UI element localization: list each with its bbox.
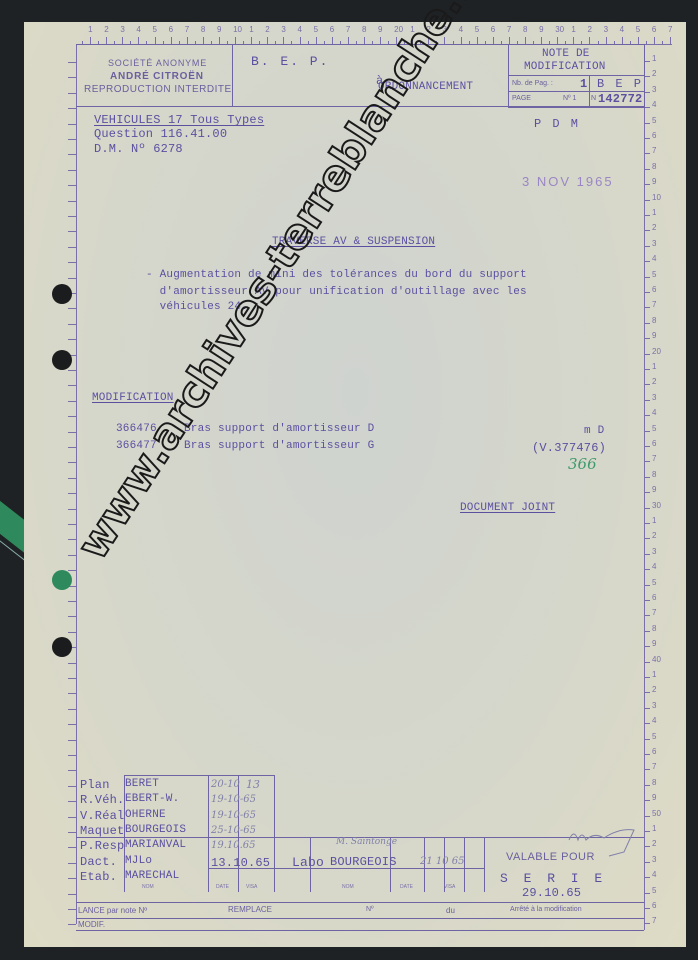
ruler-label: 7: [652, 916, 656, 925]
ruler-label: 2: [265, 25, 269, 34]
ruler-tick: [644, 461, 650, 462]
ruler-tick: [90, 37, 91, 44]
ruler-tick: [68, 478, 76, 479]
ruler-tick: [644, 615, 650, 616]
ruler-tick: [644, 354, 650, 355]
ruler-tick: [316, 37, 317, 44]
left-margin-rule: [76, 44, 77, 924]
labo-date: 21 10 65: [420, 856, 465, 867]
ruler-label: 8: [652, 316, 656, 325]
ruler-tick: [622, 37, 623, 44]
signature-name: MJLo: [125, 855, 152, 867]
ruler-tick: [68, 139, 76, 140]
ruler-tick: [477, 37, 478, 44]
ruler-tick: [644, 723, 650, 724]
ruler-label: 3: [652, 239, 656, 248]
labo-note: M. Saintonge: [336, 837, 397, 847]
ruler-tick: [573, 37, 574, 44]
header-divider: [232, 44, 233, 106]
ruler-tick: [68, 847, 76, 848]
ruler-tick: [644, 169, 650, 170]
ruler-label: 7: [668, 25, 672, 34]
signature-name: BOURGEOIS: [125, 824, 186, 836]
ruler-tick: [644, 785, 650, 786]
ruler-tick: [644, 739, 650, 740]
part-label: Bras support d'amortisseur D: [184, 423, 374, 435]
ruler-tick: [644, 646, 650, 647]
note-number-prefix: N: [591, 95, 596, 102]
ruler-tick: [644, 538, 650, 539]
column-label: NOM: [142, 884, 154, 890]
ruler-tick: [644, 877, 650, 878]
ruler-tick: [68, 755, 76, 756]
ruler-tick: [644, 923, 650, 924]
ruler-label: 7: [652, 300, 656, 309]
ruler-tick: [68, 462, 76, 463]
ruler-label: 6: [169, 25, 173, 34]
ruler-tick: [644, 908, 650, 909]
ruler-label: 1: [652, 362, 656, 371]
ruler-tick: [644, 307, 650, 308]
ruler-tick: [68, 324, 76, 325]
top-ruler: 1234567891012345678920123456789301234567: [76, 22, 672, 45]
ruler-tick: [644, 769, 650, 770]
ruler-tick: [68, 216, 76, 217]
note-title-2: MODIFICATION: [524, 61, 606, 73]
ruler-tick: [461, 37, 462, 44]
ruler-tick: [68, 201, 76, 202]
ruler-tick: [203, 37, 204, 44]
signature-date: 19.10.65: [211, 840, 256, 851]
ruler-label: 30: [652, 501, 661, 510]
ruler-tick: [68, 247, 76, 248]
ruler-label: 3: [652, 701, 656, 710]
ruler-label: 1: [571, 25, 575, 34]
ruler-tick: [68, 863, 76, 864]
ruler-tick: [68, 416, 76, 417]
ruler-label: 4: [652, 716, 656, 725]
ruler-label: 6: [491, 25, 495, 34]
ruler-label: 7: [652, 762, 656, 771]
ruler-label: 9: [652, 793, 656, 802]
ruler-tick: [557, 37, 558, 44]
ruler-tick: [68, 709, 76, 710]
ruler-tick: [68, 447, 76, 448]
ruler-tick: [606, 37, 607, 44]
ruler-label: 6: [652, 901, 656, 910]
ruler-tick: [187, 37, 188, 44]
ruler-label: 7: [652, 608, 656, 617]
ruler-label: 4: [652, 254, 656, 263]
ruler-label: 7: [652, 454, 656, 463]
ruler-label: 5: [153, 25, 157, 34]
ruler-label: 2: [652, 69, 656, 78]
ruler-tick: [68, 339, 76, 340]
ruler-tick: [644, 692, 650, 693]
punch-hole: [52, 350, 72, 370]
ruler-tick: [68, 678, 76, 679]
ruler-label: 9: [652, 639, 656, 648]
ruler-tick: [68, 924, 76, 925]
ruler-tick: [68, 385, 76, 386]
ruler-tick: [644, 662, 650, 663]
ruler-label: 1: [652, 208, 656, 217]
ruler-tick: [644, 153, 650, 154]
ruler-label: 6: [652, 285, 656, 294]
ruler-label: 2: [652, 223, 656, 232]
ruler-tick: [644, 138, 650, 139]
ruler-tick: [644, 523, 650, 524]
ruler-label: 1: [652, 54, 656, 63]
date-received-stamp: 3 NOV 1965: [522, 174, 614, 189]
ruler-tick: [106, 37, 107, 44]
ruler-label: 1: [249, 25, 253, 34]
ruler-tick: [541, 37, 542, 44]
ruler-tick: [68, 570, 76, 571]
ruler-label: 2: [652, 377, 656, 386]
ruler-label: 5: [652, 424, 656, 433]
ruler-label: 8: [523, 25, 527, 34]
signature-date: 20-10: [211, 779, 240, 790]
ruler-label: 5: [652, 732, 656, 741]
ruler-label: 5: [636, 25, 640, 34]
ruler-tick: [646, 41, 647, 44]
signature-role: Maquet: [80, 824, 124, 838]
ruler-tick: [68, 154, 76, 155]
ruler-tick: [348, 37, 349, 44]
footer-line: [76, 902, 644, 903]
ruler-tick: [68, 93, 76, 94]
ruler-label: 4: [298, 25, 302, 34]
nb-pages-value: 1: [580, 77, 587, 91]
ruler-label: 5: [652, 270, 656, 279]
company-name: ANDRÉ CITROËN: [110, 71, 204, 82]
ruler-label: 1: [88, 25, 92, 34]
ruler-label: 5: [652, 116, 656, 125]
ruler-tick: [235, 37, 236, 44]
ruler-label: 6: [652, 25, 656, 34]
labo-role: Labo: [292, 855, 324, 870]
ruler-tick: [644, 184, 650, 185]
ruler-tick: [644, 123, 650, 124]
ruler-label: 6: [652, 747, 656, 756]
description-line: d'amortisseur AV pour unification d'outi…: [146, 286, 527, 298]
ruler-tick: [509, 37, 510, 44]
ruler-label: 30: [555, 25, 564, 34]
ruler-label: 8: [652, 470, 656, 479]
ruler-tick: [68, 878, 76, 879]
validity-series: S E R I E: [500, 871, 606, 886]
ruler-tick: [68, 278, 76, 279]
ruler-tick: [644, 554, 650, 555]
handwritten-correction: 366: [568, 455, 597, 473]
ruler-tick: [68, 370, 76, 371]
ruler-label: 6: [652, 593, 656, 602]
ruler-tick: [68, 108, 76, 109]
ruler-tick: [332, 37, 333, 44]
ruler-tick: [644, 261, 650, 262]
signature-date: 13.10.65: [211, 856, 270, 870]
ruler-label: 2: [652, 685, 656, 694]
ruler-tick: [68, 231, 76, 232]
ruler-tick: [644, 369, 650, 370]
ruler-label: 5: [652, 886, 656, 895]
ruler-tick: [644, 230, 650, 231]
dm-line: D.M. Nº 6278: [94, 142, 183, 156]
ruler-tick: [68, 62, 76, 63]
ruler-tick: [171, 37, 172, 44]
ruler-tick: [138, 37, 139, 44]
ruler-tick: [219, 37, 220, 44]
ruler-tick: [644, 816, 650, 817]
ruler-tick: [644, 200, 650, 201]
ruler-label: 6: [330, 25, 334, 34]
side-note: m D: [584, 425, 604, 437]
ruler-label: 9: [652, 485, 656, 494]
signature-name: MARECHAL: [125, 870, 179, 882]
company-line-3: REPRODUCTION INTERDITE: [84, 84, 232, 95]
ruler-label: 2: [104, 25, 108, 34]
ruler-tick: [68, 401, 76, 402]
ruler-tick: [68, 832, 76, 833]
ruler-label: 3: [604, 25, 608, 34]
ruler-label: 9: [217, 25, 221, 34]
right-ruler: [644, 44, 645, 930]
ruler-tick: [662, 41, 663, 44]
ruler-tick: [68, 740, 76, 741]
punch-hole: [52, 570, 72, 590]
ruler-label: 8: [362, 25, 366, 34]
page-label: PAGE: [512, 95, 531, 102]
table-line: [124, 775, 274, 776]
ruler-tick: [68, 77, 76, 78]
footer-arrete: Arrêté à la modification: [510, 906, 582, 913]
ruler-tick: [68, 308, 76, 309]
table-divider: [484, 837, 485, 892]
ruler-label: 3: [281, 25, 285, 34]
footer-line: [76, 918, 644, 919]
ruler-tick: [68, 724, 76, 725]
description-line: - Augmentation de mini des tolérances du…: [146, 269, 527, 281]
footer-line: [76, 930, 644, 931]
ruler-tick: [68, 632, 76, 633]
ruler-label: 10: [233, 25, 242, 34]
ruler-label: 6: [652, 131, 656, 140]
ruler-tick: [644, 477, 650, 478]
ruler-label: 3: [652, 393, 656, 402]
ruler-label: 5: [652, 578, 656, 587]
part-label: Bras support d'amortisseur G: [184, 440, 374, 452]
ruler-tick: [122, 37, 123, 44]
ruler-tick: [644, 800, 650, 801]
note-box-line: [508, 75, 644, 76]
ruler-tick: [525, 37, 526, 44]
signature-role: Etab.: [80, 870, 117, 884]
ruler-tick: [68, 262, 76, 263]
ruler-tick: [644, 585, 650, 586]
ruler-label: 5: [314, 25, 318, 34]
service-code: B E P: [597, 77, 643, 91]
ruler-tick: [644, 277, 650, 278]
ruler-label: 3: [652, 547, 656, 556]
ruler-tick: [644, 292, 650, 293]
document-page: 1234567891012345678920123456789301234567…: [24, 22, 686, 947]
ruler-tick: [638, 37, 639, 44]
from-department: B. E. P.: [251, 54, 329, 69]
ruler-tick: [644, 338, 650, 339]
ruler-label: 4: [652, 562, 656, 571]
signature-date: 19-10-65: [211, 810, 256, 821]
ruler-label: 3: [120, 25, 124, 34]
column-label: DATE: [400, 884, 413, 890]
ruler-label: 1: [652, 670, 656, 679]
ruler-label: 1: [652, 516, 656, 525]
ruler-label: 4: [620, 25, 624, 34]
note-number: 142772: [598, 92, 642, 106]
ruler-tick: [68, 616, 76, 617]
ruler-tick: [644, 246, 650, 247]
ruler-tick: [644, 215, 650, 216]
ruler-label: 4: [136, 25, 140, 34]
ruler-tick: [644, 569, 650, 570]
ruler-tick: [283, 37, 284, 44]
signature-name: EBERT-W.: [125, 793, 179, 805]
column-label: VISA: [444, 884, 455, 890]
signature-name: BERET: [125, 778, 159, 790]
footer-lance: LANCE par note Nº: [78, 906, 147, 915]
ruler-label: 20: [652, 347, 661, 356]
ruler-tick: [644, 415, 650, 416]
signature-visa: 13: [246, 778, 260, 791]
ruler-label: 9: [378, 25, 382, 34]
ruler-label: 6: [652, 439, 656, 448]
ruler-tick: [155, 37, 156, 44]
ruler-tick: [68, 555, 76, 556]
ruler-label: 8: [652, 624, 656, 633]
page-number: Nº 1: [563, 95, 576, 102]
ruler-label: 4: [652, 870, 656, 879]
validity-date: 29.10.65: [522, 886, 581, 900]
ruler-label: 50: [652, 809, 661, 818]
signature-role: Dact.: [80, 855, 117, 869]
ruler-tick: [68, 170, 76, 171]
attachment-label: DOCUMENT JOINT: [460, 502, 555, 514]
ruler-tick: [644, 446, 650, 447]
signature-role: Plan: [80, 778, 110, 792]
ruler-label: 7: [185, 25, 189, 34]
ruler-label: 4: [652, 100, 656, 109]
vehicles-line: VEHICULES 17 Tous Types: [94, 113, 264, 127]
ruler-tick: [68, 786, 76, 787]
ruler-tick: [68, 770, 76, 771]
ruler-label: 7: [346, 25, 350, 34]
ruler-tick: [68, 817, 76, 818]
ruler-label: 40: [652, 655, 661, 664]
ruler-tick: [68, 601, 76, 602]
footer-remplace: REMPLACE: [228, 905, 272, 914]
ruler-tick: [300, 37, 301, 44]
table-divider: [208, 775, 209, 892]
ruler-label: 10: [652, 193, 661, 202]
ruler-tick: [68, 185, 76, 186]
ruler-tick: [644, 508, 650, 509]
ruler-label: 8: [652, 162, 656, 171]
ruler-tick: [654, 37, 655, 44]
ruler-tick: [251, 37, 252, 44]
question-line: Question 116.41.00: [94, 127, 227, 141]
ruler-tick: [589, 37, 590, 44]
signature-date: 19-10-65: [211, 794, 256, 805]
ruler-label: 9: [539, 25, 543, 34]
ruler-tick: [644, 600, 650, 601]
column-label: VISA: [246, 884, 257, 890]
ruler-label: 4: [652, 408, 656, 417]
ruler-tick: [68, 663, 76, 664]
pdm-label: P D M: [534, 117, 580, 131]
ruler-label: 7: [652, 146, 656, 155]
ruler-label: 2: [652, 531, 656, 540]
ruler-tick: [68, 909, 76, 910]
ruler-label: 5: [475, 25, 479, 34]
ruler-tick: [644, 431, 650, 432]
ruler-tick: [644, 323, 650, 324]
side-note-reference: (V.377476): [532, 441, 606, 455]
ruler-tick: [644, 384, 650, 385]
ruler-label: 7: [507, 25, 511, 34]
signature-role: R.Véh.: [80, 793, 124, 807]
handwritten-signature: [564, 822, 654, 862]
signature-date: 25-10-65: [211, 825, 256, 836]
ruler-tick: [644, 677, 650, 678]
signature-name: MARIANVAL: [125, 839, 186, 851]
ruler-tick: [68, 432, 76, 433]
signature-role: V.Réal: [80, 809, 124, 823]
ruler-tick: [670, 37, 671, 44]
ruler-tick: [364, 37, 365, 44]
ruler-label: 3: [652, 85, 656, 94]
footer-du: du: [446, 906, 455, 915]
ruler-tick: [68, 801, 76, 802]
note-title-1: NOTE DE: [542, 48, 590, 60]
company-line-1: SOCIÉTÉ ANONYME: [108, 58, 207, 68]
table-divider: [274, 775, 275, 892]
signature-role: P.Resp: [80, 839, 124, 853]
signature-name: OHERNE: [125, 809, 166, 821]
ruler-tick: [644, 708, 650, 709]
ruler-tick: [644, 400, 650, 401]
ruler-tick: [68, 509, 76, 510]
ruler-tick: [644, 492, 650, 493]
punch-hole: [52, 637, 72, 657]
nb-pages-label: Nb. de Pag. :: [512, 80, 553, 87]
labo-name: BOURGEOIS: [330, 855, 397, 869]
ruler-label: 8: [652, 778, 656, 787]
footer-modif: MODIF.: [78, 920, 105, 929]
ruler-tick: [267, 37, 268, 44]
ruler-label: 9: [652, 177, 656, 186]
ruler-tick: [380, 37, 381, 44]
punch-hole: [52, 284, 72, 304]
ruler-tick: [644, 893, 650, 894]
ruler-tick: [644, 754, 650, 755]
ruler-tick: [493, 37, 494, 44]
note-box-divider: [589, 75, 590, 106]
ruler-label: 9: [652, 331, 656, 340]
ruler-tick: [68, 493, 76, 494]
ruler-label: 2: [587, 25, 591, 34]
ruler-label: 8: [201, 25, 205, 34]
ruler-tick: [68, 124, 76, 125]
